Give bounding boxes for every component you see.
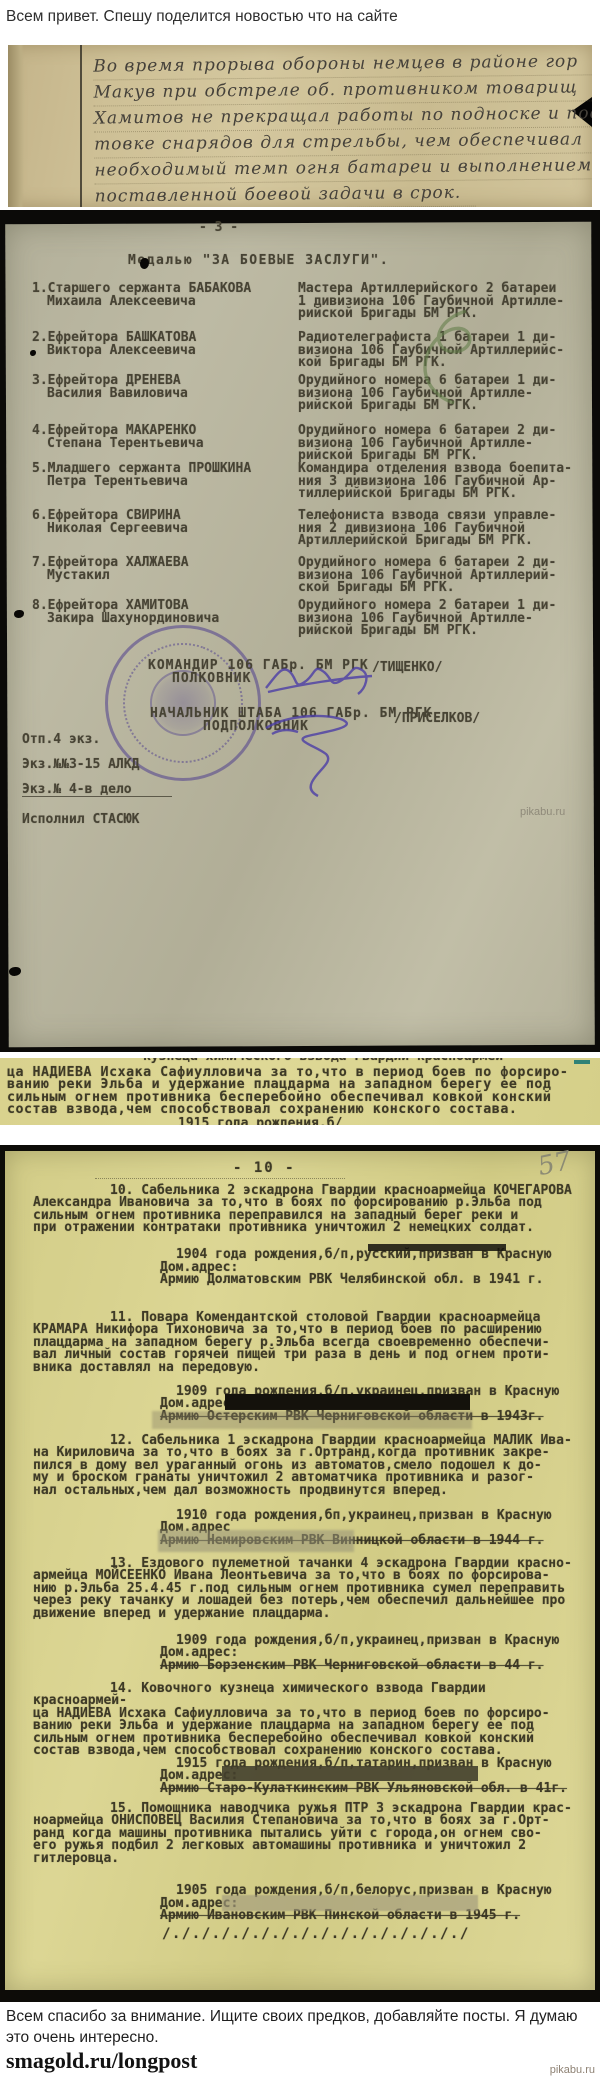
strip-partial-bottom-line: 1915 года рождения,б/ bbox=[178, 1118, 342, 1125]
draft-line: Армию Долматовским РВК Челябинской обл. … bbox=[160, 1274, 552, 1286]
awardee-name: 1.Старшего сержанта БАБАКОВА Михаила Але… bbox=[32, 283, 307, 308]
paper-left-edge bbox=[8, 45, 24, 207]
outro-text: Всем спасибо за внимание. Ищите своих пр… bbox=[6, 2006, 582, 2048]
copies-line-underlined: Экз.№ 4-в дело bbox=[22, 784, 172, 797]
copies-line: Экз.№№3-15 АЛКД bbox=[22, 759, 172, 771]
executor-line: Исполнил СТАСЮК bbox=[22, 814, 172, 826]
green-checkmark-scribble bbox=[388, 305, 493, 410]
commander-surname: /ТИЩЕНКО/ bbox=[372, 662, 442, 675]
pikabu-watermark: pikabu.ru bbox=[550, 2064, 595, 2076]
entry-paragraph: 13. Ездового пулеметной тачанки 4 эскадр… bbox=[33, 1558, 581, 1620]
redaction-bar bbox=[222, 1766, 478, 1781]
redaction-bar bbox=[222, 1895, 478, 1911]
strip-partial-top-line: кузнеца химического взвода Гвардии красн… bbox=[143, 1058, 511, 1063]
awardee-name: 3.Ефрейтора ДРЕНЕВА Василия Вавиловича bbox=[32, 375, 307, 400]
entry-paragraph: 15. Помощника наводчика ружья ПТР 3 эска… bbox=[33, 1803, 581, 1865]
page-number: - 10 - bbox=[233, 1162, 296, 1174]
commander-signature bbox=[262, 648, 377, 703]
handwritten-text-block: Во время прорыва обороны немцев в районе… bbox=[93, 49, 585, 207]
handwritten-line: необходимый темп огня батареи и выполнен… bbox=[94, 153, 592, 184]
entry-paragraph: 12. Сабельника 1 эскадрона Гвардии красн… bbox=[33, 1435, 581, 1497]
awardee-role: Орудийного номера 2 батареи 1 ди- визион… bbox=[298, 600, 590, 638]
margin-line bbox=[80, 45, 82, 207]
chief-signature bbox=[252, 708, 362, 800]
handwritten-line: поставленной боевой задачи в срок. bbox=[95, 181, 476, 207]
awardee-name: 6.Ефрейтора СВИРИНА Николая Сергеевича bbox=[32, 510, 307, 535]
redaction-bar bbox=[368, 1244, 506, 1251]
awardee-name: 5.Младшего сержанта ПРОШКИНА Петра Терен… bbox=[32, 463, 307, 488]
awardee-name: 7.Ефрейтора ХАЛЖАЕВА Мустакил bbox=[32, 557, 307, 582]
address-label: Дом.адрес: bbox=[160, 1647, 238, 1659]
redaction-smudge bbox=[158, 1530, 354, 1552]
awardee-role: Телефониста взвода связи управле- ния 2 … bbox=[298, 510, 590, 548]
document-title: Медалью "ЗА БОЕВЫЕ ЗАСЛУГИ". bbox=[128, 255, 389, 268]
handwritten-document: Во время прорыва обороны немцев в районе… bbox=[8, 45, 592, 207]
chief-surname: /ПРИСЕЛКОВ/ bbox=[394, 713, 480, 726]
highlight-strip-document: кузнеца химического взвода Гвардии красн… bbox=[0, 1058, 600, 1125]
draft-line: Армию Борзенским РВК Черниговской област… bbox=[160, 1660, 560, 1672]
draft-line: Армию Ивановским РВК Пинской области в 1… bbox=[160, 1910, 552, 1922]
medal-order-document: - 3 - Медалью "ЗА БОЕВЫЕ ЗАСЛУГИ". 1.Ста… bbox=[0, 210, 600, 1052]
intro-text: Всем привет. Спешу поделится новостью чт… bbox=[6, 6, 398, 27]
strip-body-text: ца НАДИЕВА Исхака Сафиулловича за то,что… bbox=[7, 1067, 568, 1117]
award-list-document: 57 - 10 - 10. Сабельника 2 эскадрона Гва… bbox=[0, 1145, 600, 2002]
redaction-bar bbox=[225, 1394, 470, 1410]
copies-block: Отп.4 экз. Экз.№№3-15 АЛКД Экз.№ 4-в дел… bbox=[22, 722, 172, 839]
source-link: smagold.ru/longpost bbox=[6, 2048, 197, 2074]
awardee-role: Командира отделения взвода боепита- ния … bbox=[298, 463, 590, 501]
post-page: Всем привет. Спешу поделится новостью чт… bbox=[0, 0, 600, 2083]
awardee-role: Орудийного номера 6 батареи 2 ди- визион… bbox=[298, 557, 590, 595]
dotted-rule bbox=[95, 1178, 345, 1179]
commander-rank: ПОЛКОВНИК bbox=[172, 673, 251, 686]
page-number: - 3 - bbox=[199, 222, 238, 235]
address-label: Дом.адрес: bbox=[160, 1262, 238, 1274]
draft-line: Армию Старо-Кулаткинским РВК Ульяновской… bbox=[160, 1783, 567, 1795]
redaction-smudge bbox=[152, 1411, 472, 1429]
entry-paragraph: 10. Сабельника 2 эскадрона Гвардии красн… bbox=[33, 1185, 581, 1235]
awardee-role: Орудийного номера 6 батареи 2 ди- визион… bbox=[298, 425, 590, 463]
awardee-name: 4.Ефрейтора МАКАРЕНКО Степана Терентьеви… bbox=[32, 425, 307, 450]
entry-paragraph: 11. Повара Комендантской столовой Гварди… bbox=[33, 1312, 581, 1374]
copies-line: Отп.4 экз. bbox=[22, 734, 172, 746]
awardee-name: 2.Ефрейтора БАШКАТОВА Виктора Алексеевич… bbox=[32, 332, 307, 357]
slash-separator-row: /./././././././././././././././ bbox=[162, 1928, 470, 1940]
teal-marker bbox=[574, 1060, 590, 1064]
pikabu-watermark: pikabu.ru bbox=[520, 806, 565, 818]
awardee-name: 8.Ефрейтора ХАМИТОВА Закира Шахунординов… bbox=[32, 600, 307, 625]
